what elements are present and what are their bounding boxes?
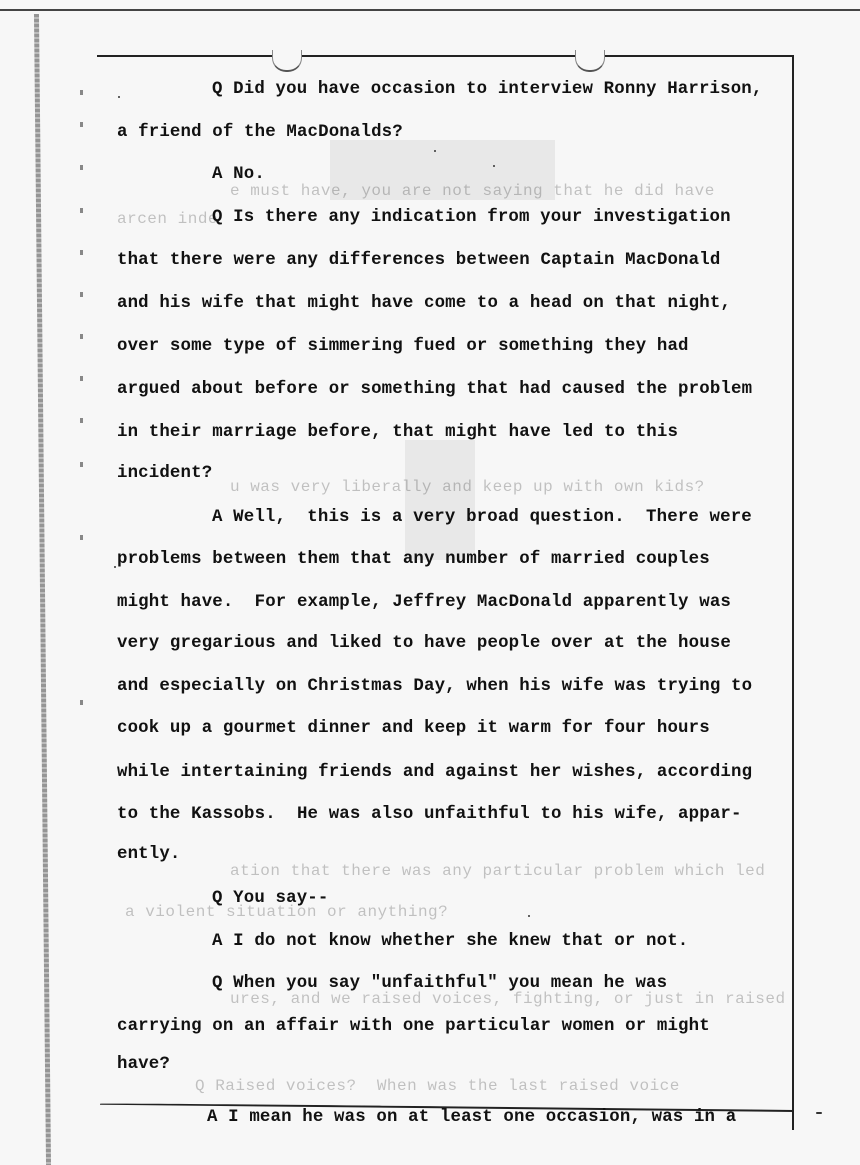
transcript-line: A I mean he was on at least one occasion…	[207, 1108, 736, 1127]
margin-mark	[80, 165, 83, 170]
transcript-line: have?	[117, 1055, 170, 1074]
bleed-through-line: ation that there was any particular prob…	[230, 862, 765, 880]
bleed-through-line: Q Raised voices? When was the last raise…	[195, 1077, 680, 1095]
binding-line	[34, 14, 51, 1165]
margin-mark	[80, 90, 83, 95]
margin-mark	[80, 376, 83, 381]
page-top-edge	[0, 9, 860, 11]
transcript-line: ently.	[117, 845, 181, 864]
transcript-line: carrying on an affair with one particula…	[117, 1017, 710, 1036]
transcript-line: problems between them that any number of…	[117, 550, 710, 569]
transcript-line: A Well, this is a very broad question. T…	[212, 508, 752, 527]
transcript-line: very gregarious and liked to have people…	[117, 634, 731, 653]
transcript-line: A I do not know whether she knew that or…	[212, 932, 688, 951]
margin-mark	[80, 462, 83, 467]
bleed-through-line: e must have, you are not saying that he …	[230, 182, 715, 200]
transcript-line: a friend of the MacDonalds?	[117, 123, 403, 142]
margin-mark	[80, 292, 83, 297]
transcript-line: and especially on Christmas Day, when hi…	[117, 677, 752, 696]
speck	[434, 150, 436, 152]
transcript-line: that there were any differences between …	[117, 251, 720, 270]
margin-mark	[80, 122, 83, 127]
transcript-line: in their marriage before, that might hav…	[117, 423, 678, 442]
transcript-line: Q When you say "unfaithful" you mean he …	[212, 974, 667, 993]
margin-mark	[80, 208, 83, 213]
bleed-through-line: u was very liberally and keep up with ow…	[230, 478, 705, 496]
margin-mark	[80, 700, 83, 705]
bleed-through-line: arcen inde	[117, 210, 218, 228]
transcript-line: and his wife that might have come to a h…	[117, 294, 731, 313]
transcript-line: while intertaining friends and against h…	[117, 763, 752, 782]
transcript-line: might have. For example, Jeffrey MacDona…	[117, 593, 731, 612]
transcript-line: cook up a gourmet dinner and keep it war…	[117, 719, 710, 738]
transcript-line: incident?	[117, 464, 212, 483]
speck	[118, 96, 120, 98]
margin-mark	[80, 418, 83, 423]
transcript-line: Q Is there any indication from your inve…	[212, 208, 731, 227]
transcript-line: to the Kassobs. He was also unfaithful t…	[117, 805, 742, 824]
margin-mark	[80, 334, 83, 339]
transcript-line: A No.	[212, 165, 265, 184]
transcript-line: over some type of simmering fued or some…	[117, 337, 689, 356]
margin-mark	[80, 250, 83, 255]
speck	[816, 1112, 822, 1114]
speck	[493, 165, 495, 167]
speck	[528, 915, 530, 917]
speck	[114, 566, 116, 568]
transcript-line: Q Did you have occasion to interview Ron…	[212, 80, 762, 99]
transcript-line: Q You say--	[212, 889, 328, 908]
transcript-line: argued about before or something that ha…	[117, 380, 752, 399]
margin-mark	[80, 535, 83, 540]
